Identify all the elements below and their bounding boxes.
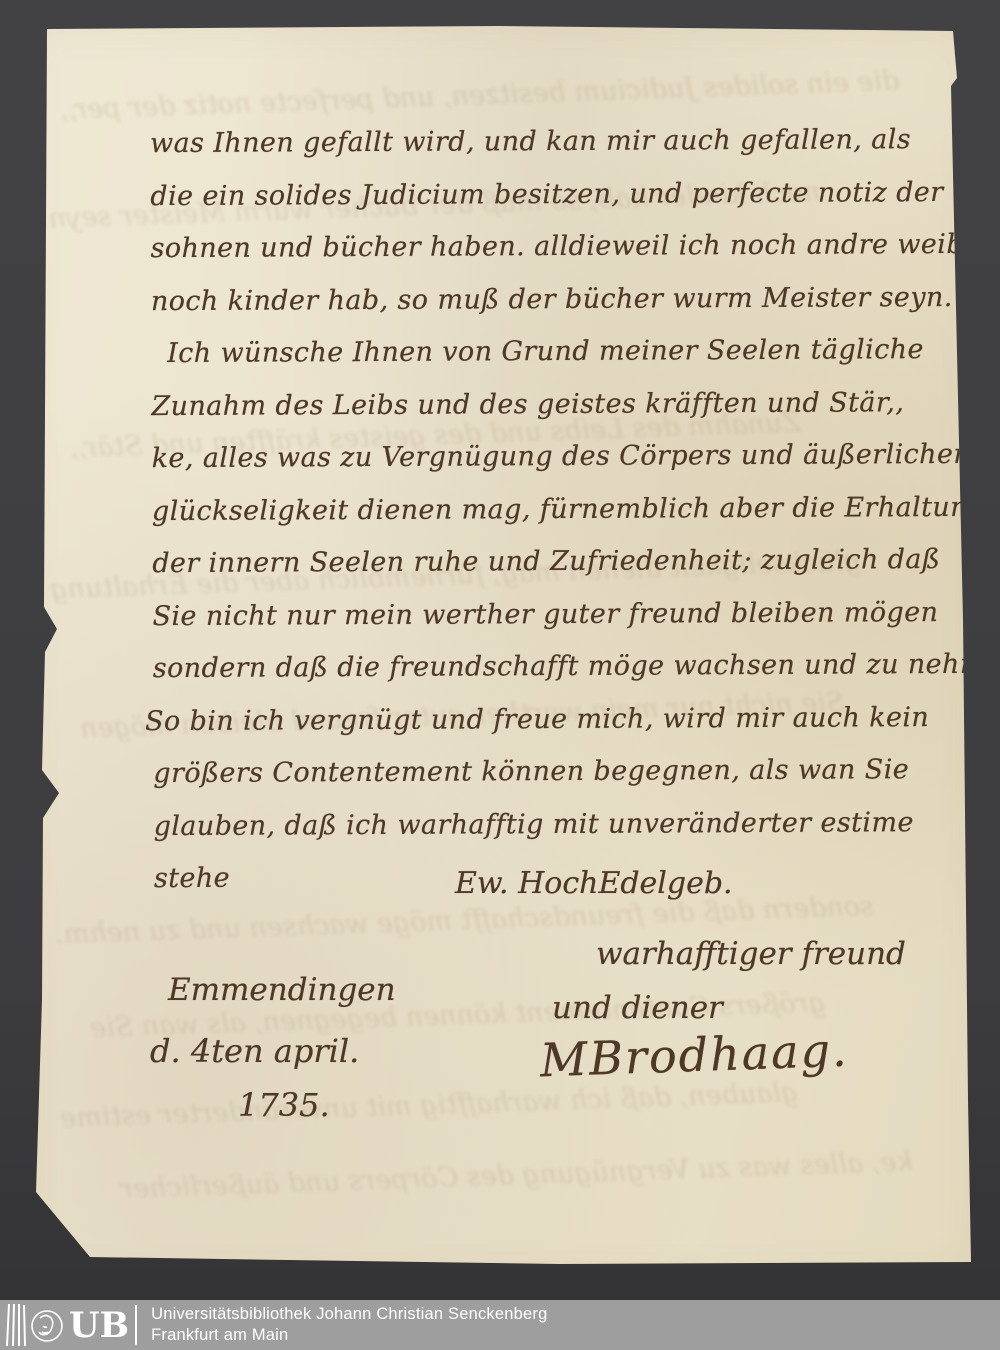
dateline-date: d. 4ten april.: [150, 1032, 359, 1070]
manuscript-line: was Ihnen gefallt wird, und kan mir auch…: [150, 114, 960, 171]
valediction-line: und diener: [552, 990, 723, 1026]
ghost-line: ke, alles was zu Vergnügung des Cörpers …: [120, 1146, 913, 1205]
ghost-line: glauben, daß ich warhafftig mit unveränd…: [60, 1077, 799, 1134]
library-footer: UB Universitätsbibliothek Johann Christi…: [0, 1300, 1000, 1350]
ub-logo-text: UB: [69, 1308, 129, 1343]
manuscript-line: Zunahm des Leibs und des geistes kräffte…: [151, 376, 961, 433]
manuscript-line: noch kinder hab, so muß der bücher wurm …: [151, 271, 961, 328]
goethe-portrait-icon: [5, 1302, 67, 1348]
signature: MBrodhaag.: [539, 1023, 849, 1088]
manuscript-line: ke, alles was zu Vergnügung des Cörpers …: [152, 429, 962, 486]
manuscript-line: sondern daß die freundschafft möge wachs…: [153, 639, 963, 696]
valediction-line: warhafftiger freund: [596, 936, 906, 972]
closing-formula: Ew. HochEdelgeb.: [455, 866, 733, 901]
letter-body: was Ihnen gefallt wird, und kan mir auch…: [150, 114, 964, 906]
library-city: Frankfurt am Main: [151, 1325, 547, 1346]
manuscript-line: die ein solides Judicium besitzen, und p…: [150, 166, 960, 223]
manuscript-line: glückseligkeit dienen mag, fürnemblich a…: [152, 481, 962, 538]
manuscript-line: der innern Seelen ruhe und Zufriedenheit…: [152, 534, 962, 591]
logo-divider: [135, 1305, 137, 1345]
manuscript-line: glauben, daß ich warhafftig mit unveränd…: [154, 796, 964, 853]
ub-logo: UB: [5, 1302, 137, 1348]
library-name-block: Universitätsbibliothek Johann Christian …: [151, 1304, 547, 1346]
dateline-place: Emmendingen: [168, 972, 396, 1008]
letter-page: die ein solides Judicium besitzen, und p…: [0, 0, 1000, 1302]
dateline-year: 1735.: [238, 1086, 330, 1124]
manuscript-line: Sie nicht nur mein werther guter freund …: [152, 586, 962, 643]
manuscript-line: So bin ich vergnügt und freue mich, wird…: [145, 691, 963, 748]
scan-background: die ein solides Judicium besitzen, und p…: [0, 0, 1000, 1350]
manuscript-line: sohnen und bücher haben. alldieweil ich …: [150, 219, 960, 276]
manuscript-line: größers Contentement können begegnen, al…: [153, 744, 963, 801]
library-name: Universitätsbibliothek Johann Christian …: [151, 1304, 547, 1325]
manuscript-line: Ich wünsche Ihnen von Grund meiner Seele…: [167, 324, 961, 381]
